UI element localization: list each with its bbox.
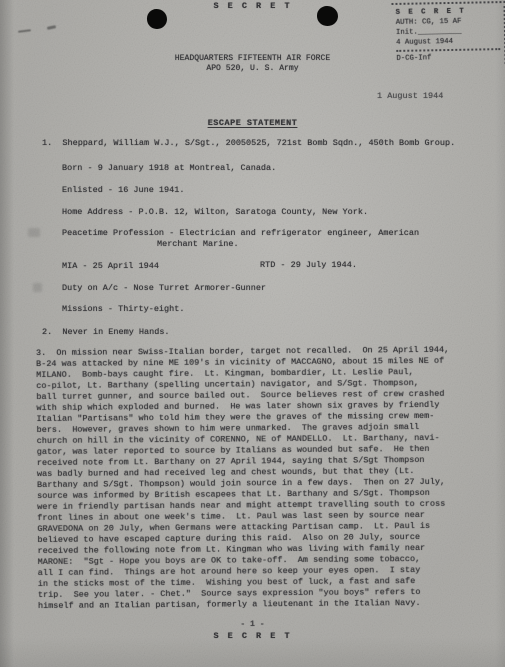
scanned-document-page: S E C R E T S E C R E T AUTH: CG, 15 AF … — [0, 0, 505, 667]
classification-banner-bottom: S E C R E T — [0, 631, 505, 641]
enemy-hands-line: 2. Never in Enemy Hands. — [42, 327, 170, 337]
stamp-divider — [396, 48, 500, 52]
scan-smudge — [33, 283, 42, 292]
letterhead-line2: APO 520, U. S. Army — [0, 64, 505, 74]
scan-smudge — [28, 228, 40, 237]
pencil-mark — [47, 25, 56, 30]
born-line: Born - 9 January 1918 at Montreal, Canad… — [62, 163, 276, 173]
letterhead: HEADQUARTERS FIFTEENTH AIR FORCE APO 520… — [0, 54, 505, 73]
document-title: ESCAPE STATEMENT — [0, 118, 505, 128]
pencil-mark — [18, 29, 31, 33]
home-address-line: Home Address - P.O.B. 12, Wilton, Sarato… — [62, 207, 368, 217]
escape-narrative: 3. On mission near Swiss-Italian border,… — [36, 345, 483, 612]
letterhead-line1: HEADQUARTERS FIFTEENTH AIR FORCE — [0, 54, 505, 64]
rtd-date: RTD - 29 July 1944. — [260, 260, 357, 270]
hole-punch-icon — [317, 6, 338, 26]
mia-date: MIA - 25 April 1944 — [62, 261, 159, 271]
duty-line: Duty on A/c - Nose Turret Armorer-Gunner — [62, 283, 266, 293]
profession-line-continued: Merchant Marine. — [157, 239, 239, 249]
missions-line: Missions - Thirty-eight. — [62, 304, 184, 314]
document-date: 1 August 1944 — [377, 91, 443, 101]
page-number-mark: - 1 - — [0, 620, 505, 630]
subject-identity-line: 1. Sheppard, William W.J., S/Sgt., 20050… — [42, 138, 455, 148]
stamp-date: 4 August 1944 — [396, 36, 500, 48]
hole-punch-icon — [147, 9, 167, 29]
enlisted-line: Enlisted - 16 June 1941. — [62, 185, 184, 195]
profession-line: Peacetime Profession - Electrician and r… — [62, 228, 419, 238]
